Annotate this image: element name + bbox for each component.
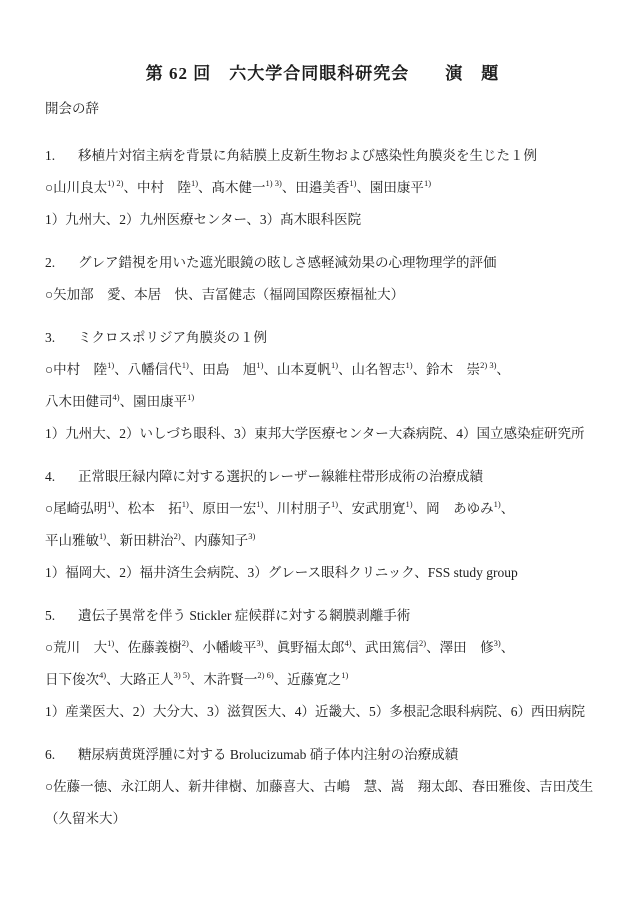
- item-number: 3.: [45, 322, 78, 354]
- author-affiliation-superscript: 4): [99, 670, 106, 680]
- item-title-text: 移植片対宿主病を背景に角結膜上皮新生物および感染性角膜炎を生じた１例: [78, 148, 537, 163]
- author-affiliation-superscript: 2): [182, 638, 189, 648]
- author-line: 平山雅敏1)、新田耕治2)、内藤知子3): [45, 525, 600, 557]
- item-title-text: グレア錯視を用いた遮光眼鏡の眩しさ感軽減効果の心理物理学的評価: [78, 255, 497, 270]
- author-affiliation-superscript: 1): [107, 360, 114, 370]
- author-affiliation-superscript: 1): [331, 499, 338, 509]
- item-title-text: ミクロスポリジア角膜炎の１例: [78, 330, 267, 345]
- presentation-item: 4.正常眼圧緑内障に対する選択的レーザー線維柱帯形成術の治療成績 ○尾崎弘明1)…: [45, 461, 600, 589]
- item-title-line: 4.正常眼圧緑内障に対する選択的レーザー線維柱帯形成術の治療成績: [45, 461, 600, 493]
- item-body: ○矢加部 愛、本居 快、吉冨健志（福岡国際医療福祉大）: [45, 279, 600, 311]
- page-title: 第 62 回 六大学合同眼科研究会 演 題: [45, 62, 600, 86]
- document-page: 第 62 回 六大学合同眼科研究会 演 題 開会の辞 1.移植片対宿主病を背景に…: [0, 0, 640, 905]
- author-affiliation-superscript: 1): [182, 360, 189, 370]
- item-number: 6.: [45, 739, 78, 771]
- presentation-item: 1.移植片対宿主病を背景に角結膜上皮新生物および感染性角膜炎を生じた１例 ○山川…: [45, 140, 600, 236]
- item-body: ○佐藤一徳、永江朗人、新井律樹、加藤喜大、古嶋 慧、嵩 翔太郎、春田雅俊、吉田茂…: [45, 771, 600, 835]
- author-line: ○尾崎弘明1)、松本 拓1)、原田一宏1)、川村朋子1)、安武朋寛1)、岡 あゆ…: [45, 493, 600, 525]
- item-body: ○尾崎弘明1)、松本 拓1)、原田一宏1)、川村朋子1)、安武朋寛1)、岡 あゆ…: [45, 493, 600, 589]
- presentation-items-list: 1.移植片対宿主病を背景に角結膜上皮新生物および感染性角膜炎を生じた１例 ○山川…: [45, 140, 600, 835]
- author-line: 八木田健司4)、園田康平1): [45, 386, 600, 418]
- author-affiliation-superscript: 1): [424, 178, 431, 188]
- item-title-text: 正常眼圧緑内障に対する選択的レーザー線維柱帯形成術の治療成績: [78, 469, 483, 484]
- author-affiliation-superscript: 1): [331, 360, 338, 370]
- author-affiliation-superscript: 1): [256, 360, 263, 370]
- author-affiliation-superscript: 3): [256, 638, 263, 648]
- item-body: ○中村 陸1)、八幡信代1)、田島 旭1)、山本夏帆1)、山名智志1)、鈴木 崇…: [45, 354, 600, 450]
- item-number: 1.: [45, 140, 78, 172]
- opening-remarks-label: 開会の辞: [45, 100, 600, 118]
- author-line: ○矢加部 愛、本居 快、吉冨健志（福岡国際医療福祉大）: [45, 279, 600, 311]
- item-body: ○荒川 大1)、佐藤義樹2)、小幡峻平3)、眞野福太郎4)、武田篤信2)、澤田 …: [45, 632, 600, 728]
- author-affiliation-superscript: 1): [406, 499, 413, 509]
- author-line: ○荒川 大1)、佐藤義樹2)、小幡峻平3)、眞野福太郎4)、武田篤信2)、澤田 …: [45, 632, 600, 664]
- affiliation-line: 1）九州大、2）いしづち眼科、3）東邦大学医療センター大森病院、4）国立感染症研…: [45, 418, 600, 450]
- author-affiliation-superscript: 1): [406, 360, 413, 370]
- author-affiliation-superscript: 3) 5): [174, 670, 190, 680]
- item-title-text: 遺伝子異常を伴う Stickler 症候群に対する網膜剥離手術: [78, 608, 410, 623]
- item-number: 4.: [45, 461, 78, 493]
- author-line: ○山川良太1) 2)、中村 陸1)、髙木健一1) 3)、田邉美香1)、園田康平1…: [45, 172, 600, 204]
- item-title-line: 3.ミクロスポリジア角膜炎の１例: [45, 322, 600, 354]
- author-affiliation-superscript: 2) 3): [480, 360, 496, 370]
- author-line: 日下俊次4)、大路正人3) 5)、木許賢一2) 6)、近藤寛之1): [45, 664, 600, 696]
- affiliation-line: 1）産業医大、2）大分大、3）滋賀医大、4）近畿大、5）多根記念眼科病院、6）西…: [45, 696, 600, 728]
- author-affiliation-superscript: 2) 6): [257, 670, 273, 680]
- author-affiliation-superscript: 1): [182, 499, 189, 509]
- item-number: 5.: [45, 600, 78, 632]
- item-body: ○山川良太1) 2)、中村 陸1)、髙木健一1) 3)、田邉美香1)、園田康平1…: [45, 172, 600, 236]
- author-affiliation-superscript: 4): [344, 638, 351, 648]
- item-title-line: 5.遺伝子異常を伴う Stickler 症候群に対する網膜剥離手術: [45, 600, 600, 632]
- presentation-item: 2.グレア錯視を用いた遮光眼鏡の眩しさ感軽減効果の心理物理学的評価 ○矢加部 愛…: [45, 247, 600, 311]
- affiliation-line: （久留米大）: [45, 803, 600, 835]
- author-affiliation-superscript: 3): [494, 638, 501, 648]
- item-title-line: 2.グレア錯視を用いた遮光眼鏡の眩しさ感軽減効果の心理物理学的評価: [45, 247, 600, 279]
- author-affiliation-superscript: 1): [191, 178, 198, 188]
- author-affiliation-superscript: 1): [341, 670, 348, 680]
- item-title-text: 糖尿病黄斑浮腫に対する Brolucizumab 硝子体内注射の治療成績: [78, 747, 458, 762]
- presentation-item: 5.遺伝子異常を伴う Stickler 症候群に対する網膜剥離手術 ○荒川 大1…: [45, 600, 600, 728]
- author-affiliation-superscript: 1): [99, 531, 106, 541]
- author-line: ○中村 陸1)、八幡信代1)、田島 旭1)、山本夏帆1)、山名智志1)、鈴木 崇…: [45, 354, 600, 386]
- author-affiliation-superscript: 2): [419, 638, 426, 648]
- author-affiliation-superscript: 1) 2): [107, 178, 123, 188]
- author-affiliation-superscript: 1): [107, 499, 114, 509]
- item-title-line: 6.糖尿病黄斑浮腫に対する Brolucizumab 硝子体内注射の治療成績: [45, 739, 600, 771]
- item-number: 2.: [45, 247, 78, 279]
- affiliation-line: 1）九州大、2）九州医療センター、3）髙木眼科医院: [45, 204, 600, 236]
- author-affiliation-superscript: 1): [107, 638, 114, 648]
- author-line: ○佐藤一徳、永江朗人、新井律樹、加藤喜大、古嶋 慧、嵩 翔太郎、春田雅俊、吉田茂…: [45, 771, 600, 803]
- presentation-item: 6.糖尿病黄斑浮腫に対する Brolucizumab 硝子体内注射の治療成績 ○…: [45, 739, 600, 835]
- presentation-item: 3.ミクロスポリジア角膜炎の１例 ○中村 陸1)、八幡信代1)、田島 旭1)、山…: [45, 322, 600, 450]
- author-affiliation-superscript: 4): [113, 392, 120, 402]
- author-affiliation-superscript: 1) 3): [266, 178, 282, 188]
- author-affiliation-superscript: 1): [187, 392, 194, 402]
- author-affiliation-superscript: 1): [494, 499, 501, 509]
- author-affiliation-superscript: 1): [256, 499, 263, 509]
- affiliation-line: 1）福岡大、2）福井済生会病院、3）グレース眼科クリニック、FSS study …: [45, 557, 600, 589]
- item-title-line: 1.移植片対宿主病を背景に角結膜上皮新生物および感染性角膜炎を生じた１例: [45, 140, 600, 172]
- author-affiliation-superscript: 2): [174, 531, 181, 541]
- author-affiliation-superscript: 3): [248, 531, 255, 541]
- author-affiliation-superscript: 1): [349, 178, 356, 188]
